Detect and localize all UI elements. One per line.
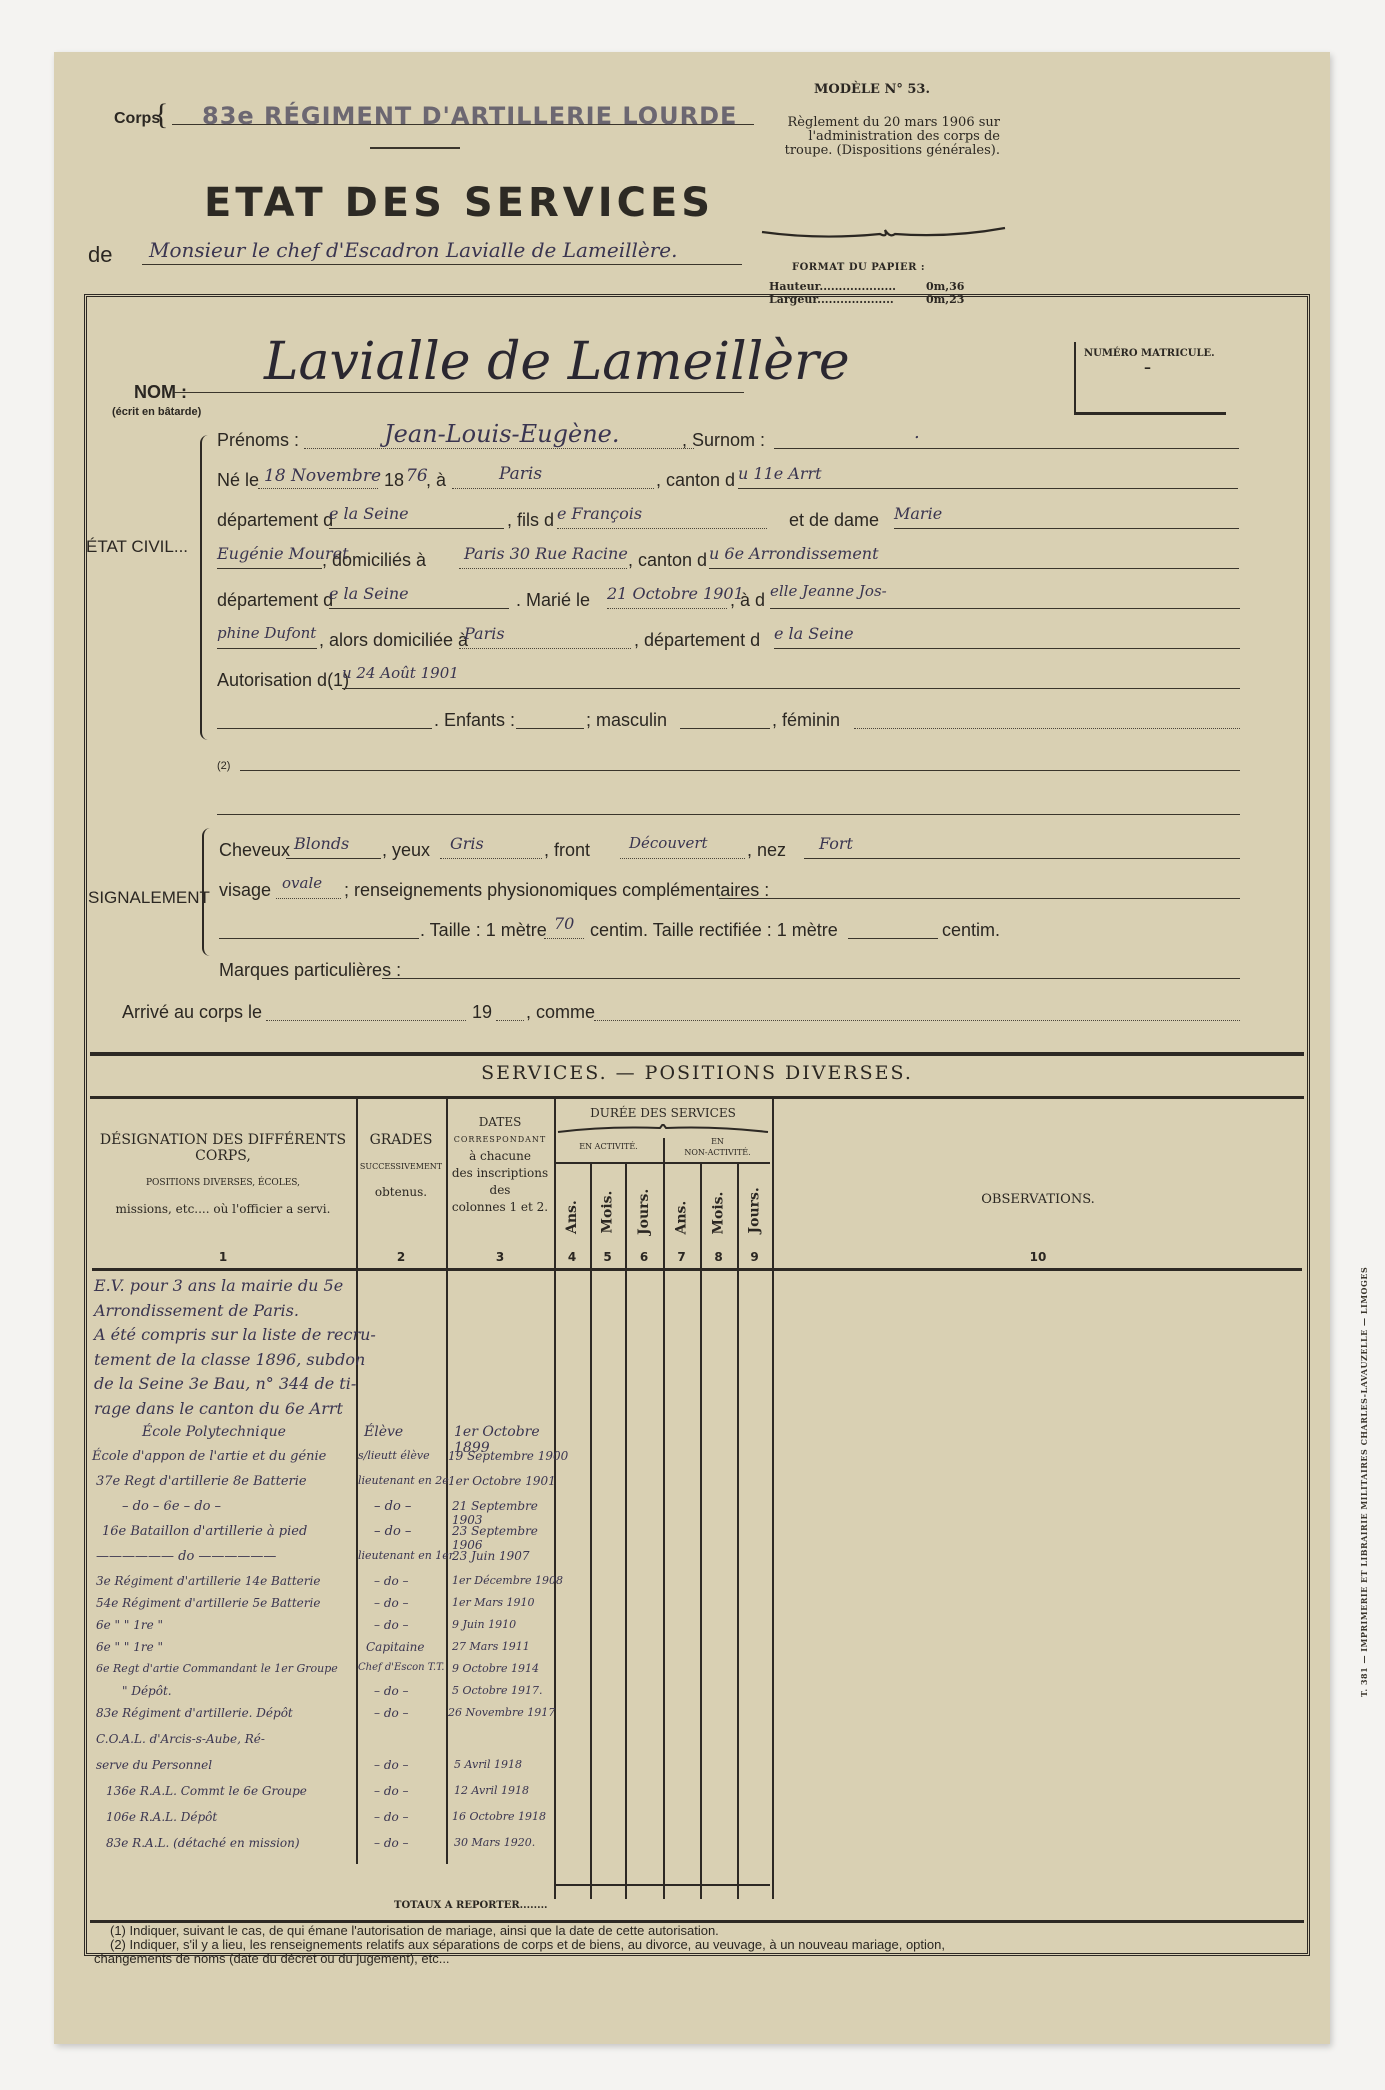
a-label: , à [426, 470, 446, 491]
yeux-line [440, 858, 542, 859]
modele-number: MODÈLE N° 53. [814, 82, 930, 97]
printer-margin-text: T. 381 — IMPRIMERIE ET LIBRAIRIE MILITAI… [1359, 1097, 1369, 1697]
table-row: 54e Régiment d'artillerie 5e Batterie– d… [92, 1596, 572, 1618]
col-number-3: 3 [446, 1250, 554, 1264]
departement3-value: e la Seine [774, 624, 854, 643]
page-title: ETAT DES SERVICES [204, 180, 714, 226]
ne-le-label: Né le [217, 470, 259, 491]
table-row: 37e Regt d'artillerie 8e Batterielieuten… [92, 1474, 572, 1499]
duree-sub-rule [556, 1162, 770, 1164]
col-number-4: 4 [554, 1250, 590, 1264]
domicilies-value: Paris 30 Rue Racine [464, 544, 628, 563]
dame-value: Marie [894, 504, 942, 523]
autorisation-line [342, 688, 1240, 689]
table-row: 83e R.A.L. (détaché en mission)– do –30 … [92, 1836, 572, 1862]
taille-unit: centim. Taille rectifiée : 1 mètre [590, 920, 838, 941]
table-row: 6e " " 1re "– do –9 Juin 1910 [92, 1618, 572, 1640]
table-row: 6e Regt d'artie Commandant le 1er Groupe… [92, 1662, 572, 1684]
departement3-label: , département d [634, 630, 760, 651]
visage-line [276, 898, 341, 899]
nez-label: , nez [747, 840, 786, 861]
dame-line [894, 528, 1239, 529]
table-row: – do – 6e – do –– do –21 Septembre 1903 [92, 1499, 572, 1524]
departement-value: e la Seine [329, 504, 409, 523]
table-row: —————— do ——————lieutenant en 1er23 Juin… [92, 1549, 572, 1574]
table-row: 6e " " 1re "Capitaine27 Mars 1911 [92, 1640, 572, 1662]
dame-cont-line [217, 568, 322, 569]
table-row: " Dépôt.– do –5 Octobre 1917. [92, 1684, 572, 1706]
domicilies-label: , domiciliés à [322, 550, 426, 571]
surnom-label: , Surnom : [682, 430, 765, 451]
arrive-year-line [496, 1020, 524, 1021]
renseignements-line [719, 898, 1240, 899]
renseignements-label: ; renseignements physionomiques compléme… [344, 880, 769, 901]
table-row: 83e Régiment d'artillerie. Dépôt– do –26… [92, 1706, 572, 1732]
table-row: 3e Régiment d'artillerie 14e Batterie– d… [92, 1574, 572, 1596]
domicilies-line [459, 568, 627, 569]
de-line [142, 264, 742, 265]
col3-header: DATES CORRESPONDANT à chacune des inscri… [446, 1114, 554, 1216]
format-title: FORMAT DU PAPIER : [792, 262, 925, 273]
departement2-label: département d [217, 590, 333, 611]
canton-line [738, 488, 1238, 489]
canton-label: , canton d [656, 470, 735, 491]
col-number-10: 10 [772, 1250, 1304, 1264]
canton2-label: , canton d [628, 550, 707, 571]
front-line [620, 858, 745, 859]
a-d-value: elle Jeanne Jos- [770, 582, 887, 600]
cheveux-value: Blonds [294, 834, 349, 853]
arrive-line [266, 1020, 466, 1021]
services-title: SERVICES. — POSITIONS DIVERSES. [90, 1062, 1304, 1084]
taille-value: 70 [554, 914, 574, 933]
taille-line [544, 938, 584, 939]
arrive-year: 19 [472, 1002, 492, 1023]
canton2-value: u 6e Arrondissement [709, 544, 879, 563]
annee-prefix: 18 [384, 470, 404, 491]
autorisation-label: Autorisation d(1) [217, 670, 349, 691]
en-activite: EN ACTIVITÉ. [554, 1142, 663, 1151]
dame-label: et de dame [789, 510, 879, 531]
surnom-line [774, 448, 1239, 449]
col2-header: GRADES SUCCESSIVEMENT obtenus. [356, 1132, 446, 1199]
intro-text: E.V. pour 3 ans la mairie du 5e Arrondis… [94, 1274, 376, 1421]
departement2-value: e la Seine [329, 584, 409, 603]
prenoms-label: Prénoms : [217, 430, 299, 451]
col-number-9: 9 [737, 1250, 772, 1264]
ornament-icon [760, 226, 1010, 240]
corps-stamp: 83e RÉGIMENT D'ARTILLERIE LOURDE [202, 102, 737, 130]
taille-unit2: centim. [942, 920, 1000, 941]
fils-de-label: , fils d [507, 510, 554, 531]
totaux-rule [556, 1884, 770, 1886]
sub-col-ans-1: Ans. [564, 1198, 580, 1234]
taille-rectifiee-line [848, 938, 938, 939]
departement-line [329, 528, 504, 529]
sub-col-mois-1: Mois. [600, 1199, 616, 1234]
visage-label: visage [219, 880, 271, 901]
alors-label: , alors domiciliée à [319, 630, 468, 651]
canton2-line [709, 568, 1239, 569]
de-value: Monsieur le chef d'Escadron Lavialle de … [149, 238, 678, 262]
marie-label: . Marié le [516, 590, 590, 611]
matricule-box: NUMÉRO MATRICULE. – [1074, 342, 1226, 415]
yeux-value: Gris [450, 834, 484, 853]
services-header-rule [90, 1096, 1304, 1099]
note2-label: (2) [217, 760, 230, 772]
marques-line [382, 978, 1240, 979]
alors-line [459, 648, 631, 649]
signalement-brace [202, 828, 212, 956]
table-row: École PolytechniqueÉlève1er Octobre 1899 [92, 1424, 572, 1449]
masculin-label: ; masculin [586, 710, 667, 731]
nom-value: Lavialle de Lameillère [264, 332, 850, 392]
nez-line [804, 858, 1240, 859]
etat-civil-label: ÉTAT CIVIL... [86, 537, 188, 557]
front-label: , front [544, 840, 590, 861]
epouse-cont-line [217, 648, 317, 649]
col-divider-4 [590, 1162, 592, 1899]
observations-header: OBSERVATIONS. [772, 1192, 1304, 1207]
duree-ornament-icon [556, 1124, 770, 1134]
note2-line-2 [217, 814, 1240, 815]
fils-de-value: e François [557, 504, 642, 523]
reglement-text: Règlement du 20 mars 1906 sur l'administ… [750, 116, 1000, 158]
comme-line [594, 1020, 1240, 1021]
col-number-5: 5 [590, 1250, 625, 1264]
departement3-line [774, 648, 1240, 649]
col-number-6: 6 [625, 1250, 663, 1264]
alors-value: Paris [464, 624, 505, 643]
col-divider-8 [737, 1162, 739, 1899]
sub-col-mois-2: Mois. [711, 1198, 727, 1235]
cheveux-label: Cheveux [219, 840, 290, 861]
departement2-line [329, 608, 509, 609]
de-label: de [88, 242, 112, 268]
arrive-label: Arrivé au corps le [122, 1002, 262, 1023]
table-row: École d'appon de l'artie et du génies/li… [92, 1449, 572, 1474]
col-number-rule [92, 1268, 1302, 1271]
col-number-8: 8 [700, 1250, 737, 1264]
autorisation-value: u 24 Août 1901 [342, 664, 459, 682]
prenoms-value: Jean-Louis-Eugène. [384, 420, 619, 448]
service-rows: École PolytechniqueÉlève1er Octobre 1899… [92, 1424, 572, 1862]
table-row: 136e R.A.L. Commt le 6e Groupe– do –12 A… [92, 1784, 572, 1810]
format-hauteur: Hauteur.................... [769, 280, 896, 293]
title-rule [370, 147, 460, 149]
table-row: 106e R.A.L. Dépôt– do –16 Octobre 1918 [92, 1810, 572, 1836]
yeux-label: , yeux [382, 840, 430, 861]
departement-label: département d [217, 510, 333, 531]
cheveux-line [286, 858, 381, 859]
sub-col-ans-2: Ans. [674, 1198, 690, 1235]
a-d-line [770, 608, 1240, 609]
sub-col-jours-2: Jours. [747, 1199, 763, 1234]
lieu-naissance-value: Paris [499, 464, 542, 484]
taille-pre-line [219, 938, 419, 939]
fils-de-line [557, 528, 767, 529]
footnotes: (1) Indiquer, suivant le cas, de qui éma… [94, 1924, 1299, 1966]
col-number-7: 7 [663, 1250, 700, 1264]
comme-label: , comme [526, 1002, 595, 1023]
canton-value: u 11e Arrt [738, 464, 822, 483]
ne-le-line [258, 488, 378, 489]
sub-col-jours-1: Jours. [636, 1197, 652, 1235]
signalement-label: SIGNALEMENT [88, 888, 210, 908]
col-divider-5 [625, 1162, 627, 1899]
duree-title: DURÉE DES SERVICES [554, 1106, 772, 1120]
ne-le-value: 18 Novembre [264, 466, 381, 486]
a-d-label: , à d [730, 590, 765, 611]
front-value: Découvert [629, 834, 708, 852]
taille-label: . Taille : 1 mètre [420, 920, 547, 941]
col1-header: DÉSIGNATION DES DIFFÉRENTS CORPS, POSITI… [90, 1132, 356, 1216]
en-non-activite: EN NON-ACTIVITÉ. [663, 1136, 772, 1158]
enfants-pre-line [217, 728, 432, 729]
note2-line [240, 770, 1240, 771]
enfants-line [516, 728, 584, 729]
document-page: Corps { 83e RÉGIMENT D'ARTILLERIE LOURDE… [54, 52, 1330, 2044]
lieu-line [452, 488, 654, 489]
enfants-label: . Enfants : [434, 710, 515, 731]
services-top-rule [90, 1052, 1304, 1056]
prenoms-line [304, 448, 694, 449]
table-row: 16e Bataillon d'artillerie à pied– do –2… [92, 1524, 572, 1549]
col-number-1: 1 [90, 1250, 356, 1264]
format-hauteur-value: 0m,36 [926, 280, 964, 293]
table-row: serve du Personnel– do –5 Avril 1918 [92, 1758, 572, 1784]
col-divider-7 [700, 1162, 702, 1899]
totaux-label: TOTAUX A REPORTER........ [394, 1900, 548, 1911]
etat-civil-brace [200, 435, 210, 740]
corps-brace: { [154, 98, 168, 132]
marie-value: 21 Octobre 1901 [607, 584, 744, 603]
col-divider-9 [772, 1099, 774, 1899]
nez-value: Fort [819, 834, 853, 853]
feminin-label: , féminin [772, 710, 840, 731]
col-number-2: 2 [356, 1250, 446, 1264]
surnom-value: . [914, 422, 920, 443]
nom-sub: (écrit en bâtarde) [112, 406, 201, 418]
masculin-line [680, 728, 770, 729]
visage-value: ovale [282, 874, 322, 892]
nom-line [174, 392, 744, 393]
annee-value: 76 [406, 466, 428, 486]
marques-label: Marques particulières : [219, 960, 401, 981]
epouse-cont: phine Dufont [217, 624, 316, 642]
feminin-line [854, 728, 1240, 729]
table-row: C.O.A.L. d'Arcis-s-Aube, Ré- [92, 1732, 572, 1758]
marie-line [607, 608, 727, 609]
